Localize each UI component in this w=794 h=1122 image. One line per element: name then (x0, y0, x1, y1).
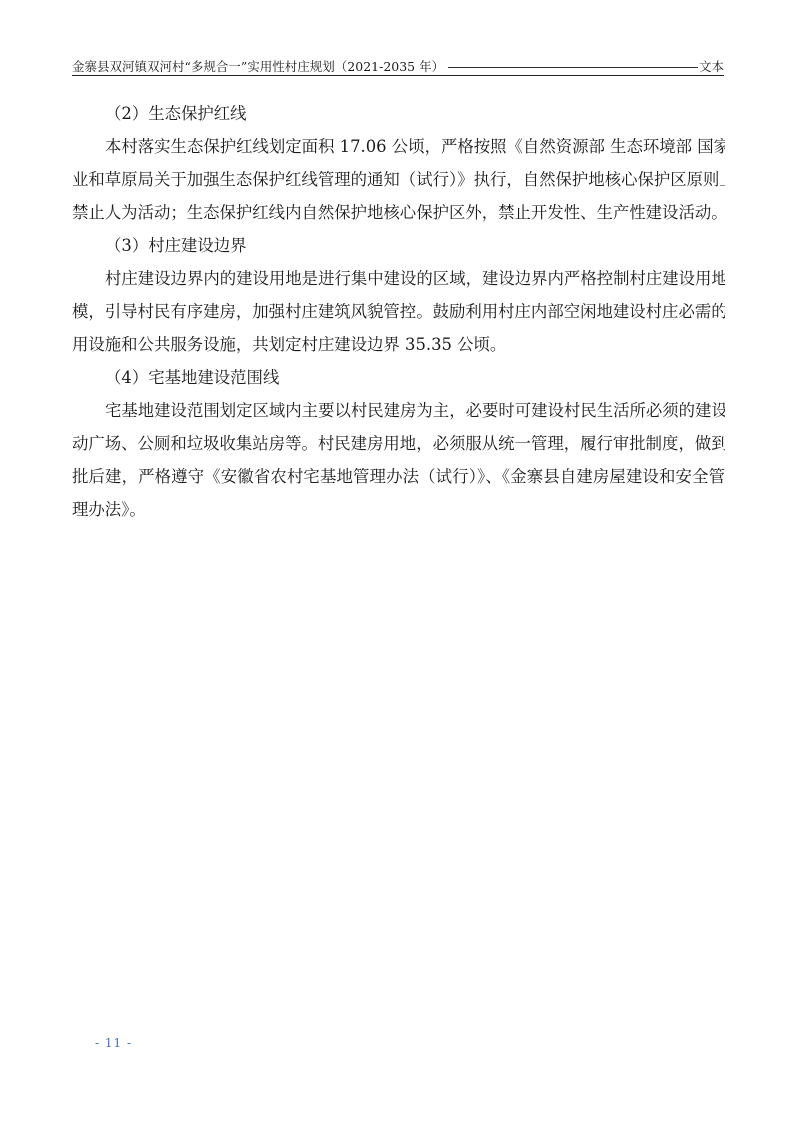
header-dash-rule (448, 67, 698, 68)
paragraph-line: 本村落实生态保护红线划定面积 17.06 公顷，严格按照《自然资源部 生态环境部… (72, 130, 725, 163)
paragraph-line: 用设施和公共服务设施，共划定村庄建设边界 35.35 公顷。 (72, 328, 725, 361)
paragraph-line: 批后建，严格遵守《安徽省农村宅基地管理办法（试行）》、《金寨县自建房屋建设和安全… (72, 460, 725, 493)
paragraph-line: 理办法》。 (72, 493, 725, 526)
page-number: - 11 - (95, 1036, 132, 1050)
paragraph-line: 业和草原局关于加强生态保护红线管理的通知（试行）》执行，自然保护地核心保护区原则… (72, 163, 725, 196)
paragraph-line: 模，引导村民有序建房，加强村庄建筑风貌管控。鼓励利用村庄内部空闲地建设村庄必需的… (72, 295, 725, 328)
header-tag: 文本 (699, 59, 724, 75)
section-heading-ecological-redline: （2）生态保护红线 (72, 97, 725, 130)
running-header: 金寨县双河镇双河村“多规合一”实用性村庄规划（2021-2035 年） 文本 (72, 57, 724, 76)
header-title: 金寨县双河镇双河村“多规合一”实用性村庄规划（2021-2035 年） (72, 59, 444, 75)
section-heading-homestead-range: （4）宅基地建设范围线 (72, 361, 725, 394)
paragraph-line: 禁止人为活动；生态保护红线内自然保护地核心保护区外，禁止开发性、生产性建设活动。 (72, 196, 725, 229)
document-body: （2）生态保护红线 本村落实生态保护红线划定面积 17.06 公顷，严格按照《自… (72, 97, 725, 526)
paragraph-line: 动广场、公厕和垃圾收集站房等。村民建房用地，必须服从统一管理，履行审批制度，做到… (72, 427, 725, 460)
paragraph-line: 村庄建设边界内的建设用地是进行集中建设的区域，建设边界内严格控制村庄建设用地规 (72, 262, 725, 295)
paragraph-line: 宅基地建设范围划定区域内主要以村民建房为主，必要时可建设村民生活所必须的建设活 (72, 394, 725, 427)
section-heading-village-boundary: （3）村庄建设边界 (72, 229, 725, 262)
